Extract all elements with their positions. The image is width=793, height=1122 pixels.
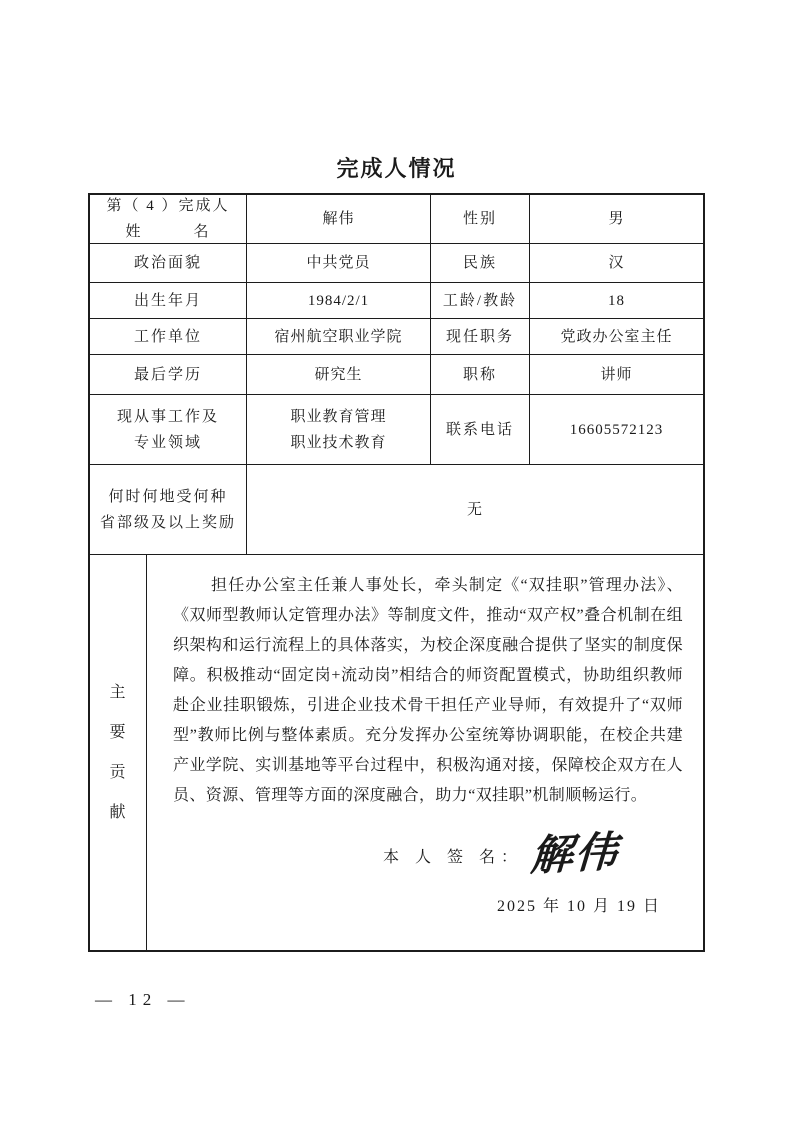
field-label-education: 最后学历 bbox=[90, 355, 247, 395]
info-grid: 第（ 4 ）完成人 姓 名 解伟 性别 男 政治面貌 中共党员 民族 汉 出生年… bbox=[90, 195, 703, 555]
field-value-completer-name: 解伟 bbox=[247, 195, 431, 244]
contribution-content: 担任办公室主任兼人事处长，牵头制定《“双挂职”管理办法》、《双师型教师认定管理办… bbox=[147, 555, 703, 950]
field-label-current-position: 现任职务 bbox=[431, 319, 530, 355]
field-value-education: 研究生 bbox=[247, 355, 431, 395]
field-value-ethnicity: 汉 bbox=[530, 244, 703, 283]
field-label-phone: 联系电话 bbox=[431, 395, 530, 465]
page-title: 完成人情况 bbox=[0, 152, 793, 183]
field-value-phone: 16605572123 bbox=[530, 395, 703, 465]
field-label-title: 职称 bbox=[431, 355, 530, 395]
field-value-title: 讲师 bbox=[530, 355, 703, 395]
contribution-row: 主 要 贡 献 担任办公室主任兼人事处长，牵头制定《“双挂职”管理办法》、《双师… bbox=[90, 555, 703, 950]
signature-label: 本 人 签 名： bbox=[383, 844, 523, 867]
field-label-ethnicity: 民族 bbox=[431, 244, 530, 283]
field-value-awards: 无 bbox=[247, 465, 703, 555]
field-label-employer: 工作单位 bbox=[90, 319, 247, 355]
field-value-work-field: 职业教育管理 职业技术教育 bbox=[247, 395, 431, 465]
page-number: — 12 — bbox=[95, 990, 191, 1010]
contribution-text: 担任办公室主任兼人事处长，牵头制定《“双挂职”管理办法》、《双师型教师认定管理办… bbox=[173, 571, 683, 811]
field-value-gender: 男 bbox=[530, 195, 703, 244]
field-label-political-status: 政治面貌 bbox=[90, 244, 247, 283]
field-value-seniority: 18 bbox=[530, 283, 703, 319]
signature-date: 2025 年 10 月 19 日 bbox=[173, 893, 683, 916]
handwritten-signature: 解伟 bbox=[529, 819, 621, 884]
field-value-current-position: 党政办公室主任 bbox=[530, 319, 703, 355]
field-value-birth-date: 1984/2/1 bbox=[247, 283, 431, 319]
field-value-employer: 宿州航空职业学院 bbox=[247, 319, 431, 355]
field-label-work-field: 现从事工作及 专业领域 bbox=[90, 395, 247, 465]
field-label-seniority: 工龄/教龄 bbox=[431, 283, 530, 319]
field-value-political-status: 中共党员 bbox=[247, 244, 431, 283]
field-label-main-contribution: 主 要 贡 献 bbox=[90, 555, 147, 950]
completer-info-table: 第（ 4 ）完成人 姓 名 解伟 性别 男 政治面貌 中共党员 民族 汉 出生年… bbox=[88, 193, 705, 952]
field-label-birth-date: 出生年月 bbox=[90, 283, 247, 319]
field-label-awards: 何时何地受何种 省部级及以上奖励 bbox=[90, 465, 247, 555]
field-label-completer-name: 第（ 4 ）完成人 姓 名 bbox=[90, 195, 247, 244]
field-label-gender: 性别 bbox=[431, 195, 530, 244]
signature-row: 本 人 签 名： 解伟 bbox=[173, 827, 683, 883]
